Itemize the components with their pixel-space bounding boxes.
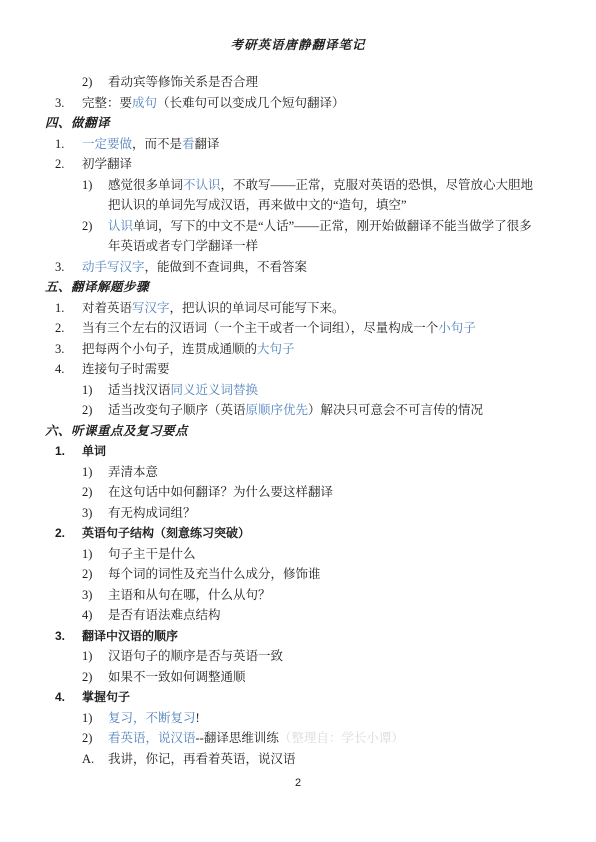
list-marker: 1) (82, 175, 108, 196)
list-item: 4.连接句子时需要 (0, 359, 596, 380)
plain-text: 弄清本意 (108, 465, 158, 479)
list-item: 3.把每两个小句子，连贯成通顺的大句子 (0, 339, 596, 360)
page-number: 2 (0, 777, 596, 789)
plain-text: （长难句可以变成几个短句翻译） (157, 96, 345, 110)
line-text: 是否有语法难点结构 (108, 605, 596, 626)
plain-text: 翻译中汉语的顺序 (82, 629, 178, 643)
plain-text: 句子主干是什么 (108, 547, 196, 561)
line-text: 完整：要成句（长难句可以变成几个短句翻译） (82, 93, 596, 114)
line-text: 英语句子结构（刻意练习突破） (82, 523, 596, 544)
list-item: 1)适当找汉语同义近义词替换 (0, 380, 596, 401)
list-item: 2.当有三个左右的汉语词（一个主干或者一个词组），尽量构成一个小句子 (0, 318, 596, 339)
plain-text: 每个词的词性及充当什么成分，修饰谁 (108, 567, 321, 581)
plain-text: ，把认识的单词尽可能写下来。 (170, 301, 345, 315)
line-text: 当有三个左右的汉语词（一个主干或者一个词组），尽量构成一个小句子 (82, 318, 596, 339)
line-text: 听课重点及复习要点 (71, 421, 596, 442)
line-text: 翻译解题步骤 (71, 277, 596, 298)
list-item: 2.初学翻译 (0, 154, 596, 175)
section-heading: 五、翻译解题步骤 (0, 277, 596, 298)
plain-text: 掌握句子 (82, 690, 130, 704)
plain-text: ，而不是 (132, 137, 182, 151)
list-marker: 2) (82, 216, 108, 237)
highlighted-text: 复习，不断复习 (108, 711, 196, 725)
plain-text: 完整：要 (82, 96, 132, 110)
plain-text: --翻译思维训练 (196, 731, 279, 745)
line-text: 看英语，说汉语--翻译思维训练（整理自：学长小谭） (108, 728, 596, 749)
plain-text: 看动宾等修饰关系是否合理 (108, 75, 258, 89)
list-marker: 3. (55, 339, 82, 360)
list-item: 1)句子主干是什么 (0, 544, 596, 565)
line-text: 翻译中汉语的顺序 (82, 626, 596, 647)
highlighted-text: 一定要做 (82, 137, 132, 151)
line-text: 弄清本意 (108, 462, 596, 483)
highlighted-text: 原顺序优先 (246, 403, 309, 417)
list-marker: 2. (55, 318, 82, 339)
list-marker: 4. (55, 687, 82, 708)
plain-text: 我讲，你记，再看着英语，说汉语 (108, 752, 296, 766)
highlighted-text: 大句子 (257, 342, 295, 356)
plain-text: 汉语句子的顺序是否与英语一致 (108, 649, 283, 663)
line-text: 初学翻译 (82, 154, 596, 175)
plain-text: 在这句话中如何翻译？为什么要这样翻译 (108, 485, 333, 499)
highlighted-text: 看 (182, 137, 195, 151)
list-marker: 3. (55, 93, 82, 114)
highlighted-text: 同义近义词替换 (171, 383, 259, 397)
plain-text: 主语和从句在哪，什么从句？ (108, 588, 271, 602)
list-item: 2)认识单词，写下的中文不是“人话”——正常，刚开始做翻译不能当做学了很多年英语… (0, 216, 596, 257)
plain-text: 翻译解题步骤 (71, 280, 149, 294)
plain-text: 初学翻译 (82, 157, 132, 171)
list-marker: A. (82, 749, 108, 770)
line-text: 适当找汉语同义近义词替换 (108, 380, 596, 401)
list-item: 1.单词 (0, 441, 596, 462)
list-marker: 1. (55, 134, 82, 155)
line-text: 我讲，你记，再看着英语，说汉语 (108, 749, 596, 770)
list-marker: 1) (82, 708, 108, 729)
plain-text: 把每两个小句子，连贯成通顺的 (82, 342, 257, 356)
plain-text: ! (196, 711, 200, 725)
line-text: 在这句话中如何翻译？为什么要这样翻译 (108, 482, 596, 503)
line-text: 单词 (82, 441, 596, 462)
section-heading: 六、听课重点及复习要点 (0, 421, 596, 442)
list-marker: 2) (82, 482, 108, 503)
list-marker: 1) (82, 380, 108, 401)
list-item: 4.掌握句子 (0, 687, 596, 708)
plain-text: ）解决只可意会不可言传的情况 (308, 403, 483, 417)
line-text: 适当改变句子顺序（英语原顺序优先）解决只可意会不可言传的情况 (108, 400, 596, 421)
plain-text: 有无构成词组？ (108, 506, 196, 520)
list-marker: 五、 (45, 277, 71, 298)
plain-text: 连接句子时需要 (82, 362, 170, 376)
plain-text: 感觉很多单词 (108, 178, 183, 192)
list-marker: 2. (55, 154, 82, 175)
plain-text: 做翻译 (71, 116, 110, 130)
list-item: 2)看动宾等修饰关系是否合理 (0, 72, 596, 93)
highlighted-text: 成句 (132, 96, 157, 110)
list-item: 3.翻译中汉语的顺序 (0, 626, 596, 647)
line-text: 复习，不断复习! (108, 708, 596, 729)
line-text: 感觉很多单词不认识，不敢写——正常，克服对英语的恐惧，尽管放心大胆地把认识的单词… (108, 175, 596, 216)
line-text: 连接句子时需要 (82, 359, 596, 380)
plain-text: 听课重点及复习要点 (71, 424, 188, 438)
list-marker: 4) (82, 605, 108, 626)
line-text: 掌握句子 (82, 687, 596, 708)
list-marker: 1) (82, 462, 108, 483)
line-text: 汉语句子的顺序是否与英语一致 (108, 646, 596, 667)
line-text: 做翻译 (71, 113, 596, 134)
list-item: 2)每个词的词性及充当什么成分，修饰谁 (0, 564, 596, 585)
plain-text: 单词，写下的中文不是“人话”——正常，刚开始做翻译不能当做学了很多年英语或者专门… (108, 219, 532, 254)
list-item: 3)主语和从句在哪，什么从句？ (0, 585, 596, 606)
list-marker: 2) (82, 728, 108, 749)
plain-text: 如果不一致如何调整通顺 (108, 670, 246, 684)
highlighted-text: 不认识 (183, 178, 221, 192)
list-item: 4)是否有语法难点结构 (0, 605, 596, 626)
list-item: 2)看英语，说汉语--翻译思维训练（整理自：学长小谭） (0, 728, 596, 749)
list-marker: 2. (55, 523, 82, 544)
list-item: 1)感觉很多单词不认识，不敢写——正常，克服对英语的恐惧，尽管放心大胆地把认识的… (0, 175, 596, 216)
list-marker: 2) (82, 564, 108, 585)
line-text: 动手写汉字，能做到不查词典，不看答案 (82, 257, 596, 278)
line-text: 有无构成词组？ (108, 503, 596, 524)
list-marker: 六、 (45, 421, 71, 442)
line-text: 把每两个小句子，连贯成通顺的大句子 (82, 339, 596, 360)
list-item: 3)有无构成词组？ (0, 503, 596, 524)
notes-outline: 2)看动宾等修饰关系是否合理3.完整：要成句（长难句可以变成几个短句翻译）四、做… (0, 72, 596, 769)
plain-text: 英语句子结构（刻意练习突破） (82, 526, 250, 540)
section-heading: 四、做翻译 (0, 113, 596, 134)
list-marker: 1. (55, 298, 82, 319)
list-item: 2)如果不一致如何调整通顺 (0, 667, 596, 688)
list-marker: 3. (55, 626, 82, 647)
plain-text: 是否有语法难点结构 (108, 608, 221, 622)
list-marker: 2) (82, 400, 108, 421)
line-text: 认识单词，写下的中文不是“人话”——正常，刚开始做翻译不能当做学了很多年英语或者… (108, 216, 596, 257)
list-marker: 四、 (45, 113, 71, 134)
list-item: 1)弄清本意 (0, 462, 596, 483)
list-item: 1)汉语句子的顺序是否与英语一致 (0, 646, 596, 667)
highlighted-text: 看英语，说汉语 (108, 731, 196, 745)
line-text: 看动宾等修饰关系是否合理 (108, 72, 596, 93)
plain-text: ，能做到不查词典，不看答案 (145, 260, 308, 274)
plain-text: 适当改变句子顺序（英语 (108, 403, 246, 417)
list-marker: 2) (82, 72, 108, 93)
plain-text: 单词 (82, 444, 106, 458)
page-header-title: 考研英语唐静翻译笔记 (0, 35, 596, 53)
list-marker: 3. (55, 257, 82, 278)
plain-text: 翻译 (195, 137, 220, 151)
document-page: 考研英语唐静翻译笔记 2)看动宾等修饰关系是否合理3.完整：要成句（长难句可以变… (0, 0, 596, 842)
list-item: A.我讲，你记，再看着英语，说汉语 (0, 749, 596, 770)
list-item: 3.完整：要成句（长难句可以变成几个短句翻译） (0, 93, 596, 114)
list-marker: 4. (55, 359, 82, 380)
highlighted-text: 动手写汉字 (82, 260, 145, 274)
list-marker: 1) (82, 646, 108, 667)
list-item: 1.一定要做，而不是看翻译 (0, 134, 596, 155)
highlighted-text: 写汉字 (132, 301, 170, 315)
highlighted-text: 小句子 (438, 321, 476, 335)
line-text: 如果不一致如何调整通顺 (108, 667, 596, 688)
plain-text: 适当找汉语 (108, 383, 171, 397)
plain-text: 当有三个左右的汉语词（一个主干或者一个词组），尽量构成一个 (82, 321, 438, 335)
list-marker: 1. (55, 441, 82, 462)
list-item: 3.动手写汉字，能做到不查词典，不看答案 (0, 257, 596, 278)
list-marker: 3) (82, 503, 108, 524)
list-marker: 3) (82, 585, 108, 606)
line-text: 句子主干是什么 (108, 544, 596, 565)
line-text: 主语和从句在哪，什么从句？ (108, 585, 596, 606)
highlighted-text: （整理自：学长小谭） (279, 731, 404, 745)
list-item: 1.对着英语写汉字，把认识的单词尽可能写下来。 (0, 298, 596, 319)
plain-text: 对着英语 (82, 301, 132, 315)
list-marker: 1) (82, 544, 108, 565)
list-item: 2)适当改变句子顺序（英语原顺序优先）解决只可意会不可言传的情况 (0, 400, 596, 421)
line-text: 一定要做，而不是看翻译 (82, 134, 596, 155)
line-text: 每个词的词性及充当什么成分，修饰谁 (108, 564, 596, 585)
line-text: 对着英语写汉字，把认识的单词尽可能写下来。 (82, 298, 596, 319)
highlighted-text: 认识 (108, 219, 133, 233)
list-item: 1)复习，不断复习! (0, 708, 596, 729)
list-item: 2.英语句子结构（刻意练习突破） (0, 523, 596, 544)
list-marker: 2) (82, 667, 108, 688)
list-item: 2)在这句话中如何翻译？为什么要这样翻译 (0, 482, 596, 503)
